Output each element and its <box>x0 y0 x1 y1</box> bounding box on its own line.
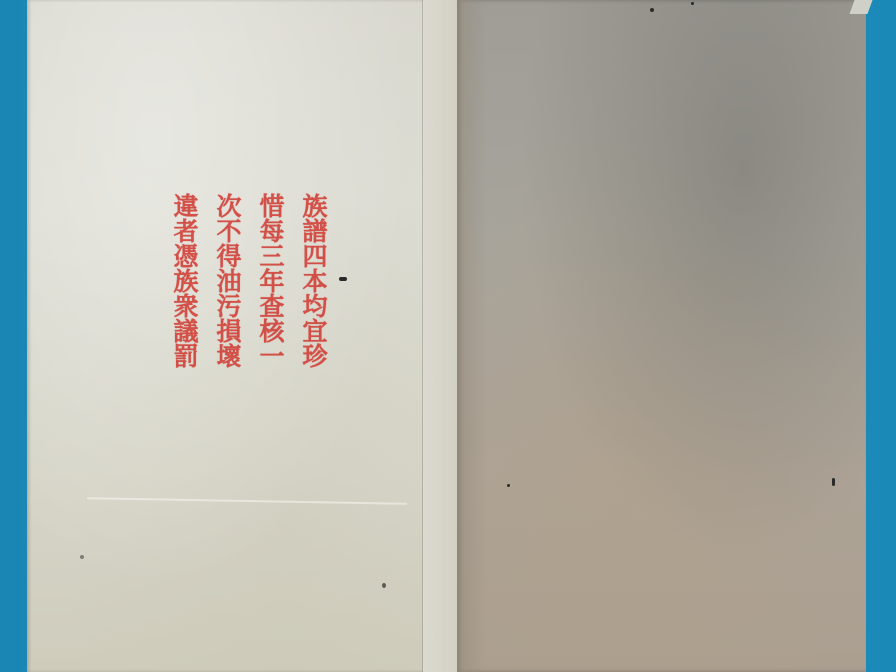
inscription-column-4: 違者憑族衆議罰 <box>169 193 199 393</box>
ink-spot <box>691 2 694 5</box>
inscription-column-3: 次不得油污損壞 <box>212 193 242 393</box>
ink-spot <box>832 478 835 486</box>
ink-spot <box>650 8 654 12</box>
red-inscription: 族譜四本均宜珍 惜每三年查核一 次不得油污損壞 違者憑族衆議罰 <box>158 193 328 393</box>
binding-edge <box>457 0 487 672</box>
right-page <box>457 0 866 672</box>
inscription-column-2: 惜每三年查核一 <box>255 193 285 393</box>
left-page-margin-strip <box>423 0 457 672</box>
ink-spot <box>382 583 386 588</box>
ink-spot <box>339 277 347 281</box>
ink-spot <box>507 484 510 487</box>
ink-spot <box>80 555 84 559</box>
fold-line <box>422 0 423 672</box>
inscription-column-1: 族譜四本均宜珍 <box>298 193 328 393</box>
paper-crease <box>87 497 407 505</box>
